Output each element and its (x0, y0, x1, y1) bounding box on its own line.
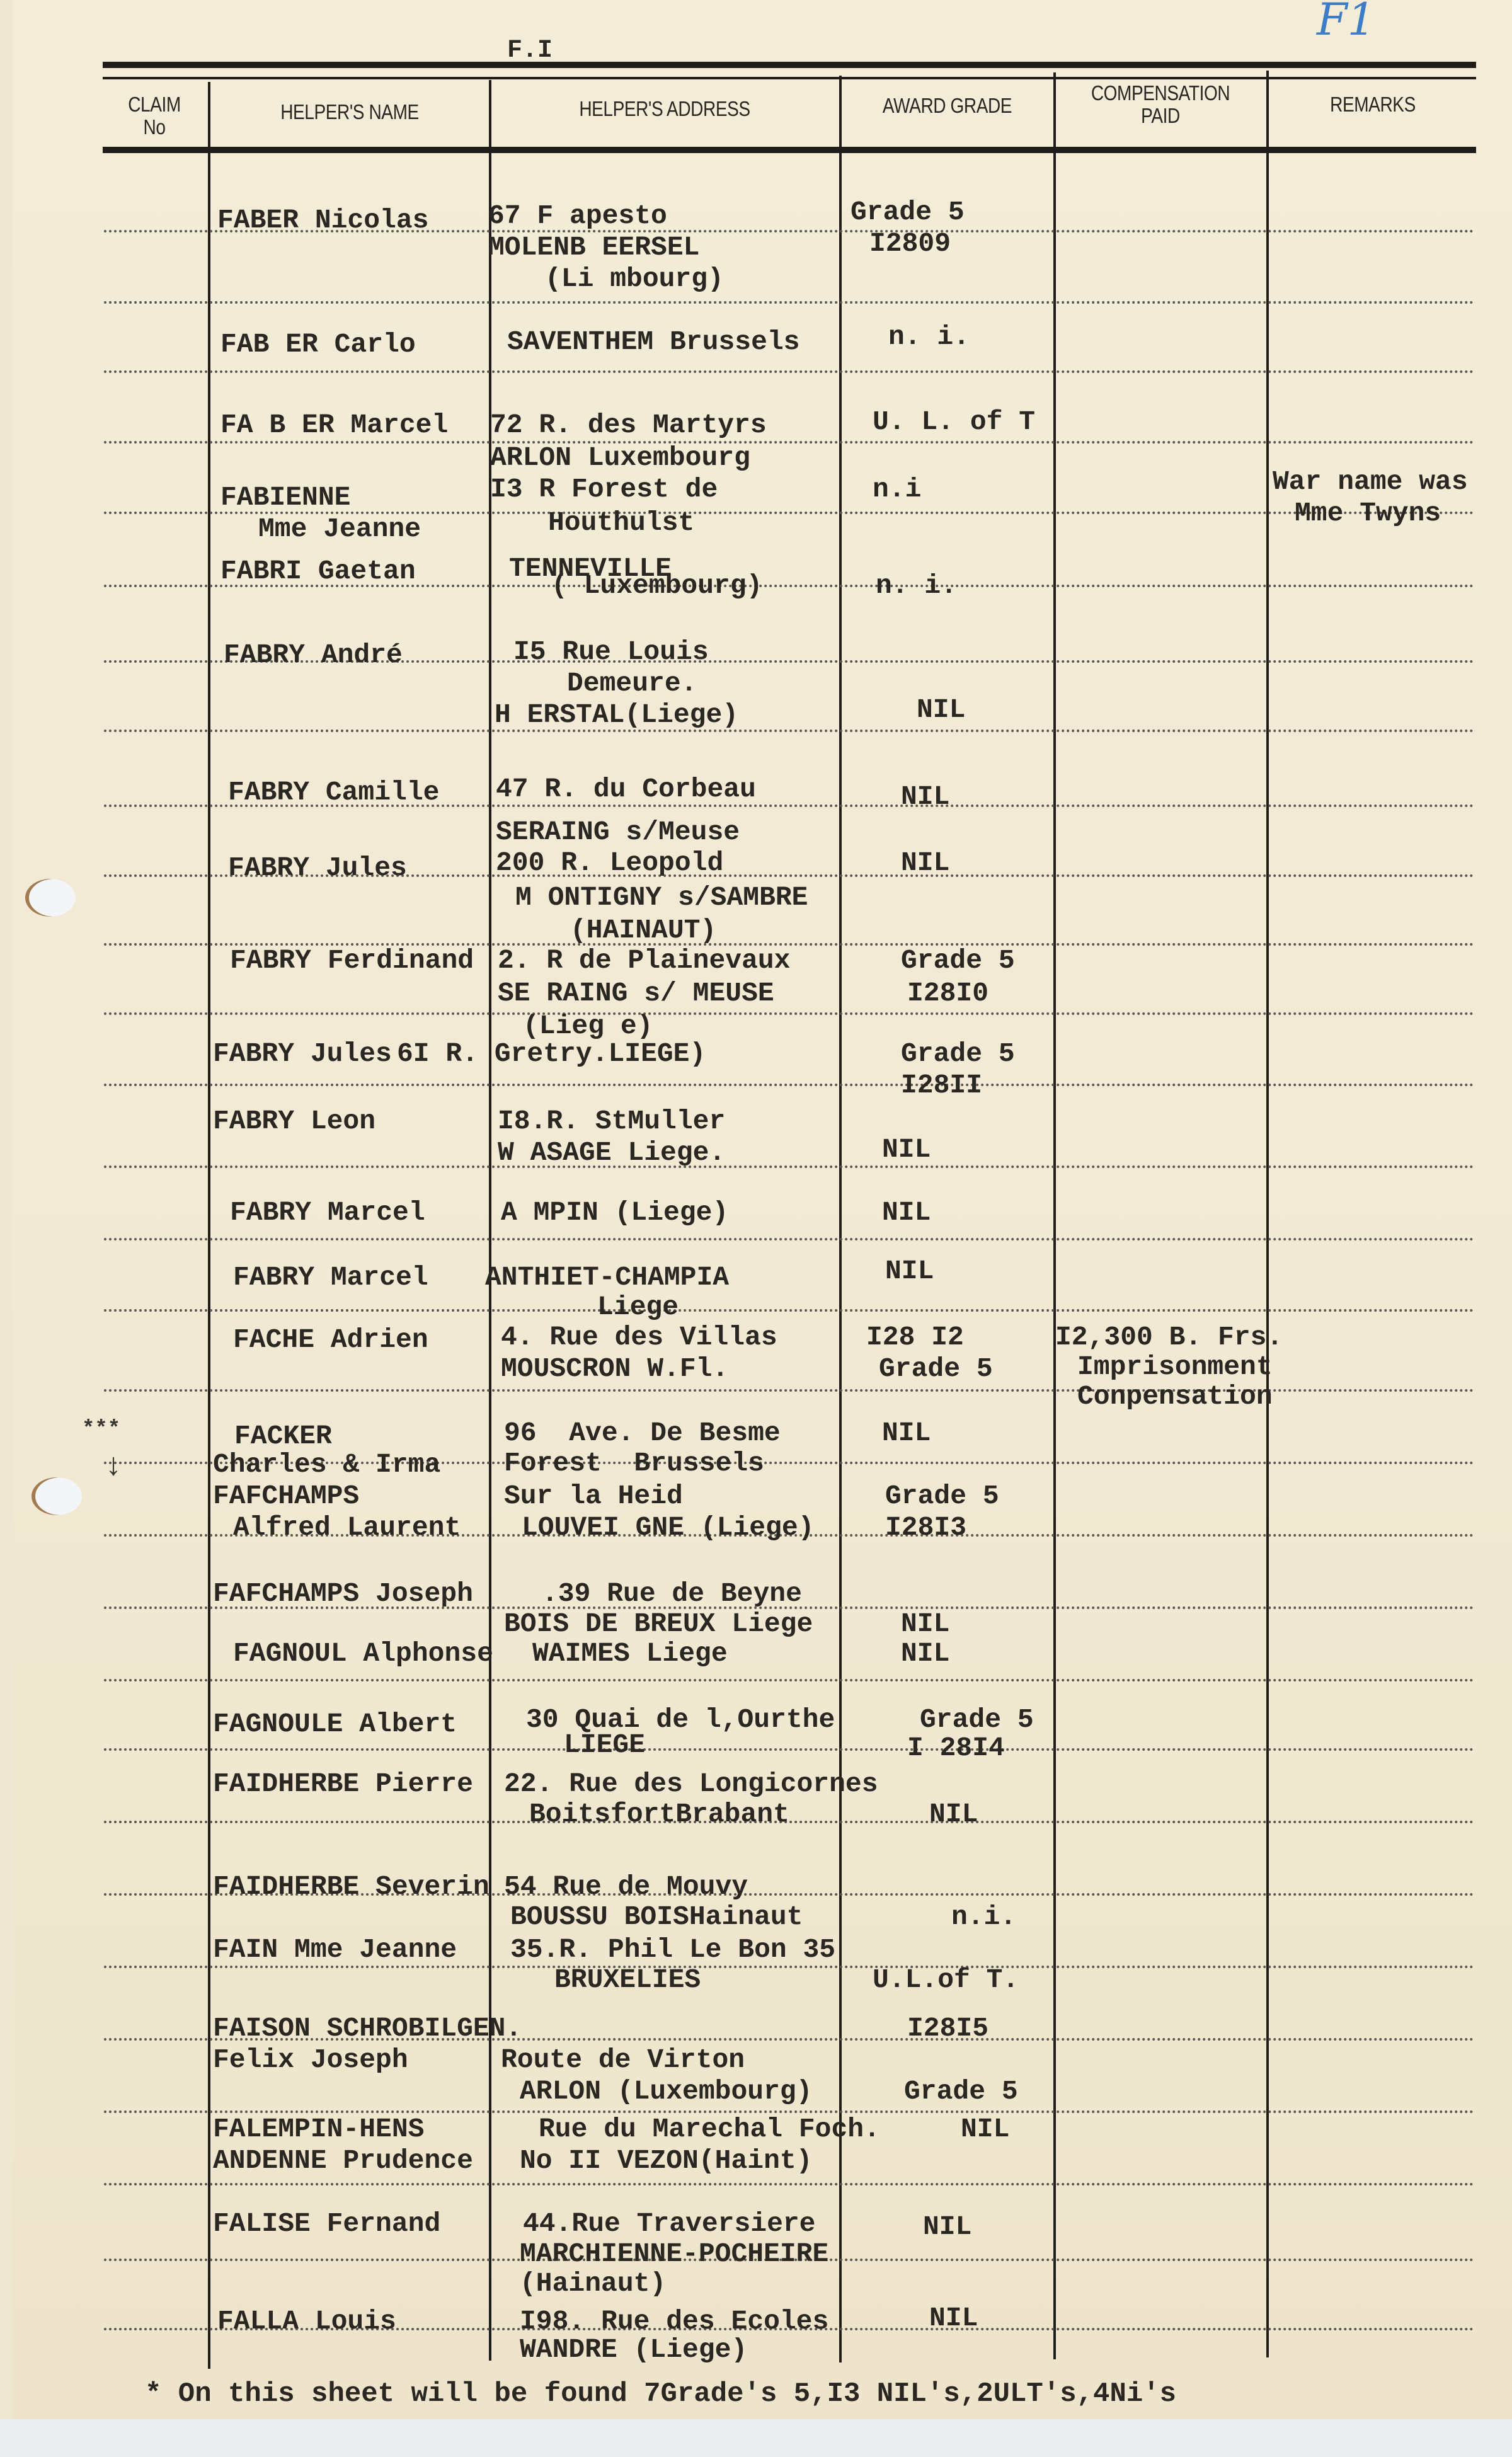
punch-hole-icon (31, 1477, 82, 1515)
helper-name: FABRY Leon (213, 1106, 375, 1137)
row-rule (104, 1309, 1474, 1312)
helper-address: ARLON (Luxembourg) (520, 2076, 812, 2107)
award-grade: U. L. of T (873, 406, 1035, 438)
compensation-paid: I2,300 B. Frs. (1055, 1322, 1283, 1353)
header-bottom-rule (103, 147, 1476, 153)
helper-name: Felix Joseph (213, 2044, 408, 2076)
award-grade: NIL (961, 2114, 1009, 2145)
helper-name: FAGNOUL Alphonse (233, 1638, 493, 1669)
margin-asterisks: *** (82, 1417, 120, 1441)
row-rule (104, 1084, 1474, 1086)
helper-address: LOUVEI GNE (Liege) (522, 1512, 814, 1543)
helper-address: No II VEZON(Haint) (520, 2145, 812, 2177)
helper-address: Forest Brussels (504, 1448, 764, 1479)
helper-address: WANDRE (Liege) (520, 2334, 747, 2366)
helper-address: 44.Rue Traversiere (523, 2208, 815, 2240)
row-rule (104, 441, 1474, 444)
helper-address: I98. Rue des Ecoles (520, 2306, 828, 2337)
helper-name: FABRY André (224, 639, 403, 671)
helper-address: Houthulst (548, 507, 694, 539)
award-grade: NIL (882, 1197, 931, 1228)
award-grade: I28I3 (885, 1512, 966, 1543)
header-line: COMPENSATION (1072, 82, 1249, 105)
helper-name: FACHE Adrien (233, 1324, 428, 1356)
helper-name: FAFCHAMPS Joseph (213, 1578, 473, 1610)
helper-address: BOIS DE BREUX Liege (504, 1608, 813, 1640)
down-arrow-icon: ↓ (104, 1449, 123, 1485)
row-rule (104, 2110, 1474, 2113)
award-grade: I 28I4 (907, 1732, 1005, 1764)
row-rule (104, 2183, 1474, 2185)
helper-address: SAVENTHEM Brussels (507, 326, 799, 358)
helper-address: 200 R. Leopold (496, 847, 723, 879)
header-line: No (114, 116, 195, 139)
header-line: REMARKS (1285, 93, 1462, 116)
helper-address: 6I R. Gretry.LIEGE) (397, 1038, 706, 1070)
helper-name: FAB ER Carlo (220, 329, 416, 360)
column-divider (839, 76, 842, 2362)
award-grade: NIL (885, 1256, 934, 1287)
helper-address: ( Luxembourg) (551, 570, 762, 602)
remarks: War name was (1273, 466, 1468, 498)
award-grade: NIL (901, 847, 949, 879)
award-grade: NIL (882, 1417, 931, 1449)
award-grade: NIL (901, 1638, 949, 1669)
helper-address: ARLON Luxembourg (490, 442, 750, 474)
row-rule (104, 1748, 1474, 1751)
helper-name: FALEMPIN-HENS (213, 2114, 424, 2145)
helper-name: FACKER (234, 1421, 332, 1452)
award-grade: n.i (873, 474, 921, 505)
helper-address: LIEGE (564, 1729, 645, 1761)
helper-address: BRUXELIES (554, 1964, 701, 1996)
helper-address: Liege (597, 1291, 679, 1323)
helper-address: WAIMES Liege (532, 1638, 728, 1669)
helper-name: FAIDHERBE Severin (213, 1871, 490, 1903)
row-rule (104, 1238, 1474, 1240)
helper-address: MARCHIENNE-POCHEIRE (520, 2238, 828, 2270)
row-rule (104, 1012, 1474, 1015)
sheet-id: F.I (507, 37, 553, 65)
helper-name: FA B ER Marcel (220, 409, 448, 441)
helper-address: 22. Rue des Longicornes (504, 1768, 878, 1800)
helper-name: FABRY Marcel (233, 1262, 428, 1293)
header-line: HELPER'S ADDRESS (517, 98, 812, 120)
helper-address: 67 F apesto (488, 200, 667, 232)
award-grade: U.L.of T. (873, 1964, 1019, 1996)
row-rule (104, 1165, 1474, 1168)
award-grade: n. i. (876, 570, 957, 602)
helper-name: FABRY Jules (228, 852, 407, 884)
helper-address: 72 R. des Martyrs (490, 409, 767, 441)
helper-address: W ASAGE Liege. (498, 1137, 725, 1169)
helper-address: BoitsfortBrabant (529, 1799, 789, 1830)
helper-address: 2. R de Plainevaux (498, 945, 790, 976)
helper-name: FAIN Mme Jeanne (213, 1934, 457, 1966)
header-line: AWARD GRADE (857, 94, 1037, 117)
award-grade: Grade 5 (904, 2076, 1018, 2107)
award-grade: NIL (917, 694, 965, 726)
column-header-claim: CLAIM No (114, 93, 195, 139)
award-grade: Grade 5 (901, 1038, 1015, 1070)
helper-address: 47 R. du Corbeau (496, 774, 756, 805)
helper-address: MOLENB EERSEL (488, 232, 699, 263)
helper-name: Charles & Irma (213, 1449, 440, 1480)
helper-name: ANDENNE Prudence (213, 2145, 473, 2177)
helper-address: 35.R. Phil Le Bon 35 (510, 1934, 835, 1966)
helper-name: Mme Jeanne (258, 513, 421, 545)
award-grade: NIL (923, 2211, 971, 2243)
row-rule (104, 730, 1474, 732)
remarks: Mme Twyns (1295, 498, 1441, 529)
helper-address: 54 Rue de Mouvy (504, 1871, 748, 1903)
footer-summary-note: * On this sheet will be found 7Grade's 5… (145, 2378, 1176, 2410)
helper-address: I3 R Forest de (490, 474, 718, 505)
helper-address: (Hainaut) (520, 2268, 666, 2299)
row-rule (104, 370, 1474, 373)
award-grade: n.i. (951, 1901, 1016, 1933)
compensation-paid: Imprisonment (1077, 1351, 1273, 1383)
column-header-helper-address: HELPER'S ADDRESS (517, 98, 812, 120)
row-rule (104, 301, 1474, 304)
helper-name: FABRY Marcel (230, 1197, 425, 1228)
helper-address: M ONTIGNY s/SAMBRE (515, 882, 808, 913)
helper-address: (Li mbourg) (545, 263, 724, 295)
column-divider (208, 82, 210, 2369)
award-grade: NIL (882, 1134, 931, 1165)
helper-name: FAFCHAMPS (213, 1480, 359, 1512)
punch-hole-icon (25, 879, 76, 917)
award-grade: I28I5 (907, 2013, 988, 2044)
scan-background (0, 2419, 1512, 2457)
column-header-remarks: REMARKS (1285, 93, 1462, 116)
helper-address: Demeure. (567, 668, 697, 699)
award-grade: n. i. (888, 321, 970, 353)
row-rule (104, 1966, 1474, 1968)
helper-address: Route de Virton (501, 2044, 745, 2076)
row-rule (104, 1679, 1474, 1681)
helper-address: 96 Ave. De Besme (504, 1417, 781, 1449)
award-grade: NIL (929, 2303, 978, 2334)
helper-name: FABRI Gaetan (220, 556, 416, 587)
award-grade: I2809 (869, 228, 951, 260)
award-grade: Grade 5 (920, 1704, 1034, 1736)
award-grade: Grade 5 (885, 1480, 999, 1512)
helper-address: A MPIN (Liege) (501, 1197, 728, 1228)
helper-address: I8.R. StMuller (498, 1106, 725, 1137)
helper-name: FABRY Camille (228, 777, 439, 808)
award-grade: NIL (929, 1799, 978, 1830)
helper-name: FABRY Jules (213, 1038, 392, 1070)
helper-address: .39 Rue de Beyne (542, 1578, 802, 1610)
award-grade: NIL (901, 781, 949, 813)
helper-name: FAGNOULE Albert (213, 1709, 457, 1740)
header-top-rule-thin (103, 77, 1476, 79)
helper-name: FALISE Fernand (213, 2208, 440, 2240)
award-grade: NIL (901, 1608, 949, 1640)
handwritten-sheet-mark: F1 (1317, 0, 1375, 45)
helper-name: FABIENNE (220, 482, 350, 513)
helper-address: (HAINAUT) (570, 915, 716, 946)
helper-address: SE RAING s/ MEUSE (498, 978, 774, 1009)
award-grade: I28 I2 (866, 1322, 964, 1353)
helper-name: FAISON SCHROBILGEN. (213, 2013, 522, 2044)
header-line: HELPER'S NAME (232, 101, 467, 123)
helper-address: Rue du Marechal Foch. (539, 2114, 880, 2145)
helper-name: FABRY Ferdinand (230, 945, 474, 976)
helper-address: (Lieg e) (523, 1011, 653, 1042)
helper-address: I5 Rue Louis (513, 636, 709, 668)
helper-address: 4. Rue des Villas (501, 1322, 777, 1353)
award-grade: I28II (901, 1070, 982, 1101)
column-header-award-grade: AWARD GRADE (857, 94, 1037, 117)
compensation-paid: Conpensation (1077, 1381, 1273, 1412)
helper-address: H ERSTAL(Liege) (495, 699, 738, 731)
helper-name: FABER Nicolas (217, 205, 428, 236)
helper-address: SERAING s/Meuse (496, 816, 740, 848)
award-grade: Grade 5 (879, 1353, 993, 1385)
header-line: CLAIM (114, 93, 195, 116)
helper-name: FALLA Louis (217, 2306, 396, 2337)
helper-address: Sur la Heid (504, 1480, 683, 1512)
column-divider (1053, 72, 1056, 2359)
column-header-compensation-paid: COMPENSATION PAID (1072, 82, 1249, 128)
helper-address: ANTHIET-CHAMPIA (485, 1262, 729, 1293)
header-top-rule (103, 62, 1476, 68)
award-grade: Grade 5 (850, 197, 965, 228)
column-divider (1266, 71, 1269, 2357)
helper-address: BOUSSU BOISHainaut (510, 1901, 803, 1933)
header-line: PAID (1072, 105, 1249, 127)
award-grade: Grade 5 (901, 945, 1015, 976)
column-header-helper-name: HELPER'S NAME (232, 101, 467, 123)
award-grade: I28I0 (907, 978, 988, 1009)
helper-name: FAIDHERBE Pierre (213, 1768, 473, 1800)
helper-address: MOUSCRON W.Fl. (501, 1353, 728, 1385)
helper-name: Alfred Laurent (233, 1512, 461, 1543)
